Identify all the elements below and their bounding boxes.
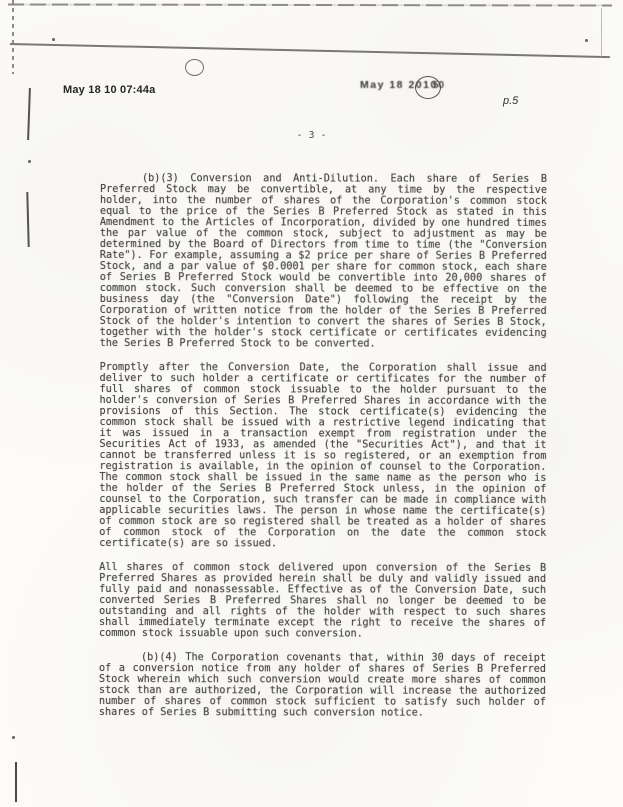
scan-top-edge-line	[8, 3, 612, 6]
fax-sent-timestamp: May 18 10 07:44a	[63, 84, 156, 96]
paragraph-certificate-issuance: Promptly after the Conversion Date, the …	[99, 362, 546, 550]
scanned-fax-page: May 18 10 07:44a May 18 2010 50 p.5 - 3 …	[0, 0, 623, 807]
scan-left-mark-2	[26, 192, 29, 247]
scan-right-edge-mark	[601, 8, 602, 58]
scan-left-mark-3	[15, 762, 17, 802]
scan-speck	[585, 39, 588, 42]
document-page-number: - 3 -	[0, 130, 623, 141]
paragraph-shares-validity: All shares of common stock delivered upo…	[99, 562, 546, 640]
scan-dotted-edge-line	[12, 0, 14, 74]
circle-artifact-icon	[185, 59, 204, 76]
stamp-circle-text: 50	[433, 80, 444, 91]
paragraph-conversion-anti-dilution: (b)(3) Conversion and Anti-Dilution. Eac…	[100, 173, 547, 350]
fax-page-indicator: p.5	[503, 95, 518, 107]
scan-speck	[12, 736, 15, 739]
scan-speck	[52, 38, 55, 41]
scan-slanted-line	[10, 43, 610, 58]
paragraph-authorization-covenant: (b)(4) The Corporation covenants that, w…	[99, 652, 546, 719]
scan-speck	[28, 160, 31, 163]
document-body: (b)(3) Conversion and Anti-Dilution. Eac…	[99, 173, 547, 732]
